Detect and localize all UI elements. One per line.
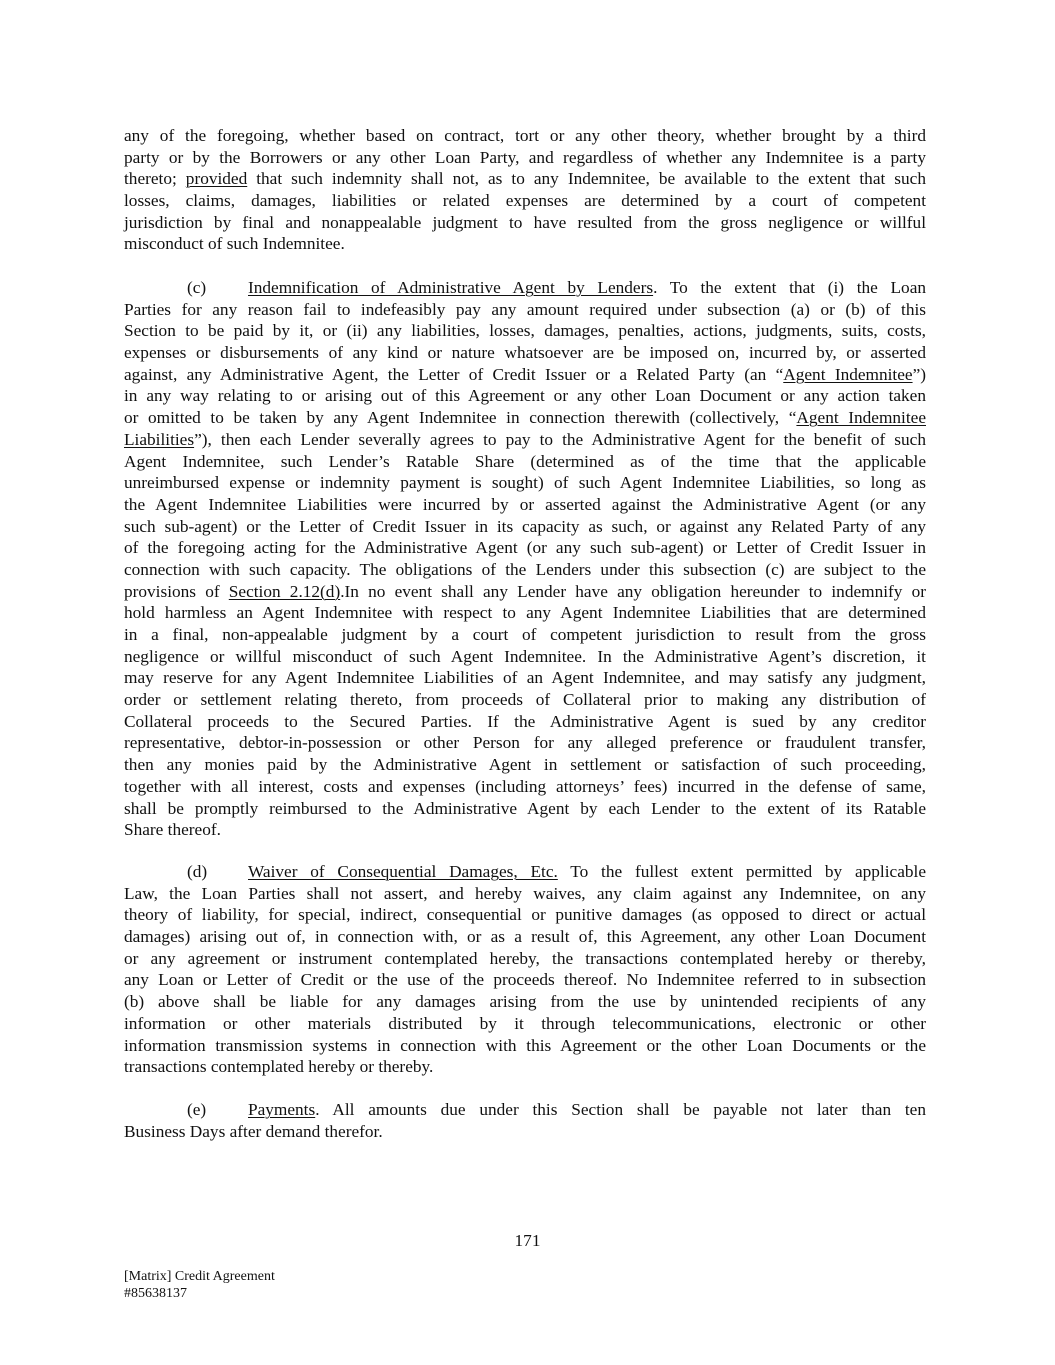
text-span: thereto;	[124, 169, 186, 188]
text-line: order or settlement relating thereto, fr…	[124, 689, 926, 711]
text-span: ”)	[913, 365, 926, 384]
text-line: (b) above shall be liable for any damage…	[124, 991, 926, 1013]
text-span: . To the extent that (i) the Loan	[653, 278, 926, 297]
section-e-heading-line: (e)Payments. All amounts due under this …	[124, 1099, 926, 1121]
text-line: information transmission systems in conn…	[124, 1035, 926, 1057]
footer-document-number: #85638137	[124, 1285, 275, 1302]
document-page: any of the foregoing, whether based on c…	[0, 0, 1055, 1365]
text-span: provisions of	[124, 582, 229, 601]
text-line: Business Days after demand therefor.	[124, 1121, 926, 1143]
text-span: ”), then each Lender severally agrees to…	[194, 430, 926, 449]
text-span: .In no event shall any Lender have any o…	[340, 582, 926, 601]
text-span: against, any Administrative Agent, the L…	[124, 365, 783, 384]
section-d: (d)Waiver of Consequential Damages, Etc.…	[124, 861, 926, 1078]
text-line: Liabilities”), then each Lender severall…	[124, 429, 926, 451]
text-line: any Loan or Letter of Credit or the use …	[124, 969, 926, 991]
section-marker: (d)	[187, 861, 248, 883]
page-number: 171	[0, 1231, 1055, 1251]
text-line: losses, claims, damages, liabilities or …	[124, 190, 926, 212]
text-line: damages) arising out of, in connection w…	[124, 926, 926, 948]
page-footer: [Matrix] Credit Agreement #85638137	[124, 1268, 275, 1302]
text-line: or omitted to be taken by any Agent Inde…	[124, 407, 926, 429]
section-heading: Waiver of Consequential Damages, Etc.	[248, 862, 558, 881]
text-line: or any agreement or instrument contempla…	[124, 948, 926, 970]
text-line: unreimbursed expense or indemnity paymen…	[124, 472, 926, 494]
text-line: in a final, non-appealable judgment by a…	[124, 624, 926, 646]
text-line: in any way relating to or arising out of…	[124, 385, 926, 407]
text-span: . All amounts due under this Section sha…	[315, 1100, 926, 1119]
text-line: party or by the Borrowers or any other L…	[124, 147, 926, 169]
text-line: expenses or disbursements of any kind or…	[124, 342, 926, 364]
section-c: (c)Indemnification of Administrative Age…	[124, 277, 926, 841]
section-c-heading-line: (c)Indemnification of Administrative Age…	[124, 277, 926, 299]
text-span: that such indemnity shall not, as to any…	[247, 169, 926, 188]
defined-term-provided: provided	[186, 169, 247, 188]
defined-term-agent-indemnitee-liabilities: Agent Indemnitee	[796, 408, 926, 427]
section-heading: Payments	[248, 1100, 315, 1119]
text-line: theory of liability, for special, indire…	[124, 904, 926, 926]
text-line: Section to be paid by it, or (ii) any li…	[124, 320, 926, 342]
text-line: together with all interest, costs and ex…	[124, 776, 926, 798]
text-line: Collateral proceeds to the Secured Parti…	[124, 711, 926, 733]
section-d-heading-line: (d)Waiver of Consequential Damages, Etc.…	[124, 861, 926, 883]
text-line: representative, debtor-in-possession or …	[124, 732, 926, 754]
text-line: provisions of Section 2.12(d).In no even…	[124, 581, 926, 603]
text-line: of the foregoing acting for the Administ…	[124, 537, 926, 559]
cross-reference-section-2-12-d: Section 2.12(d)	[229, 582, 340, 601]
defined-term-agent-indemnitee: Agent Indemnitee	[783, 365, 912, 384]
text-line: against, any Administrative Agent, the L…	[124, 364, 926, 386]
text-line: transactions contemplated hereby or ther…	[124, 1056, 926, 1078]
text-line: such sub-agent) or the Letter of Credit …	[124, 516, 926, 538]
text-line: negligence or willful misconduct of such…	[124, 646, 926, 668]
paragraph-intro: any of the foregoing, whether based on c…	[124, 125, 926, 255]
text-line: Agent Indemnitee, such Lender’s Ratable …	[124, 451, 926, 473]
section-heading: Indemnification of Administrative Agent …	[248, 278, 653, 297]
text-line: shall be promptly reimbursed to the Admi…	[124, 798, 926, 820]
text-line: jurisdiction by final and nonappealable …	[124, 212, 926, 234]
text-line: then any monies paid by the Administrati…	[124, 754, 926, 776]
text-line: Parties for any reason fail to indefeasi…	[124, 299, 926, 321]
text-line: thereto; provided that such indemnity sh…	[124, 168, 926, 190]
section-marker: (c)	[187, 277, 248, 299]
text-line: any of the foregoing, whether based on c…	[124, 125, 926, 147]
footer-document-title: [Matrix] Credit Agreement	[124, 1268, 275, 1285]
text-line: Law, the Loan Parties shall not assert, …	[124, 883, 926, 905]
text-line: the Agent Indemnitee Liabilities were in…	[124, 494, 926, 516]
text-line: hold harmless an Agent Indemnitee with r…	[124, 602, 926, 624]
section-marker: (e)	[187, 1099, 248, 1121]
text-line: may reserve for any Agent Indemnitee Lia…	[124, 667, 926, 689]
section-e: (e)Payments. All amounts due under this …	[124, 1099, 926, 1142]
text-span: To the fullest extent permitted by appli…	[558, 862, 926, 881]
text-span: or omitted to be taken by any Agent Inde…	[124, 408, 796, 427]
text-line: misconduct of such Indemnitee.	[124, 233, 926, 255]
text-line: information or other materials distribut…	[124, 1013, 926, 1035]
text-line: Share thereof.	[124, 819, 926, 841]
text-line: connection with such capacity. The oblig…	[124, 559, 926, 581]
defined-term-agent-indemnitee-liabilities: Liabilities	[124, 430, 194, 449]
